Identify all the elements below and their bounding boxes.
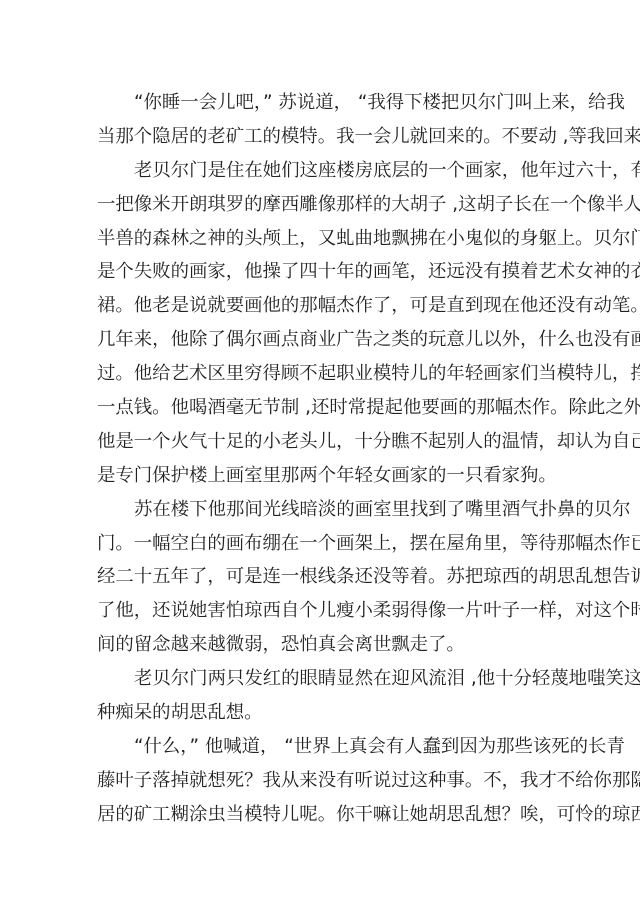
story-text: “你睡一会儿吧，” 苏说道， “我得下楼把贝尔门叫上来，给我 当那个隐居的老矿工… [97,86,549,832]
text-line: 裙。他老是说就要画他的那幅杰作了，可是直到现在他还没有动笔。 [97,289,549,323]
text-line: 老贝尔门是住在她们这座楼房底层的一个画家，他年过六十，有 [97,154,549,188]
text-line: 间的留念越来越微弱，恐怕真会离世飘走了。 [97,628,549,662]
text-line: 经二十五年了，可是连一根线条还没等着。苏把琼西的胡思乱想告诉 [97,560,549,594]
text-line: 居的矿工糊涂虫当模特儿呢。你干嘛让她胡思乱想？唉，可怜的琼西 [97,798,549,832]
text-line: 过。他给艺术区里穷得顾不起职业模特儿的年轻画家们当模特儿，挣 [97,357,549,391]
text-line: 几年来，他除了偶尔画点商业广告之类的玩意儿以外，什么也没有画 [97,323,549,357]
text-line: “你睡一会儿吧，” 苏说道， “我得下楼把贝尔门叫上来，给我 [97,86,549,120]
text-line: 一把像米开朗琪罗的摩西雕像那样的大胡子 ,这胡子长在一个像半人 [97,188,549,222]
document-page: “你睡一会儿吧，” 苏说道， “我得下楼把贝尔门叫上来，给我 当那个隐居的老矿工… [0,0,640,904]
text-line: 藤叶子落掉就想死？我从来没有听说过这种事。不，我才不给你那隐 [97,764,549,798]
text-line: 苏在楼下他那间光线暗淡的画室里找到了嘴里酒气扑鼻的贝尔 [97,493,549,527]
text-line: 了他，还说她害怕琼西自个儿瘦小柔弱得像一片叶子一样，对这个时 [97,594,549,628]
text-line: 半兽的森林之神的头颅上，又虬曲地飘拂在小鬼似的身躯上。贝尔门 [97,222,549,256]
text-line: 种痴呆的胡思乱想。 [97,696,549,730]
text-line: 他是一个火气十足的小老头儿，十分瞧不起别人的温情，却认为自己 [97,425,549,459]
text-line: 一点钱。他喝酒毫无节制 ,还时常提起他要画的那幅杰作。除此之外， [97,391,549,425]
text-line: “什么，” 他喊道， “世界上真会有人蠢到因为那些该死的长青 [97,730,549,764]
text-line: 门。一幅空白的画布绷在一个画架上，摆在屋角里，等待那幅杰作已 [97,527,549,561]
text-line: 老贝尔门两只发红的眼睛显然在迎风流泪 ,他十分轻蔑地嗤笑这 [97,662,549,696]
text-line: 是专门保护楼上画室里那两个年轻女画家的一只看家狗。 [97,459,549,493]
text-line: 是个失败的画家，他操了四十年的画笔，还远没有摸着艺术女神的衣 [97,255,549,289]
text-line: 当那个隐居的老矿工的模特。我一会儿就回来的。不要动 ,等我回来。” [97,120,549,154]
